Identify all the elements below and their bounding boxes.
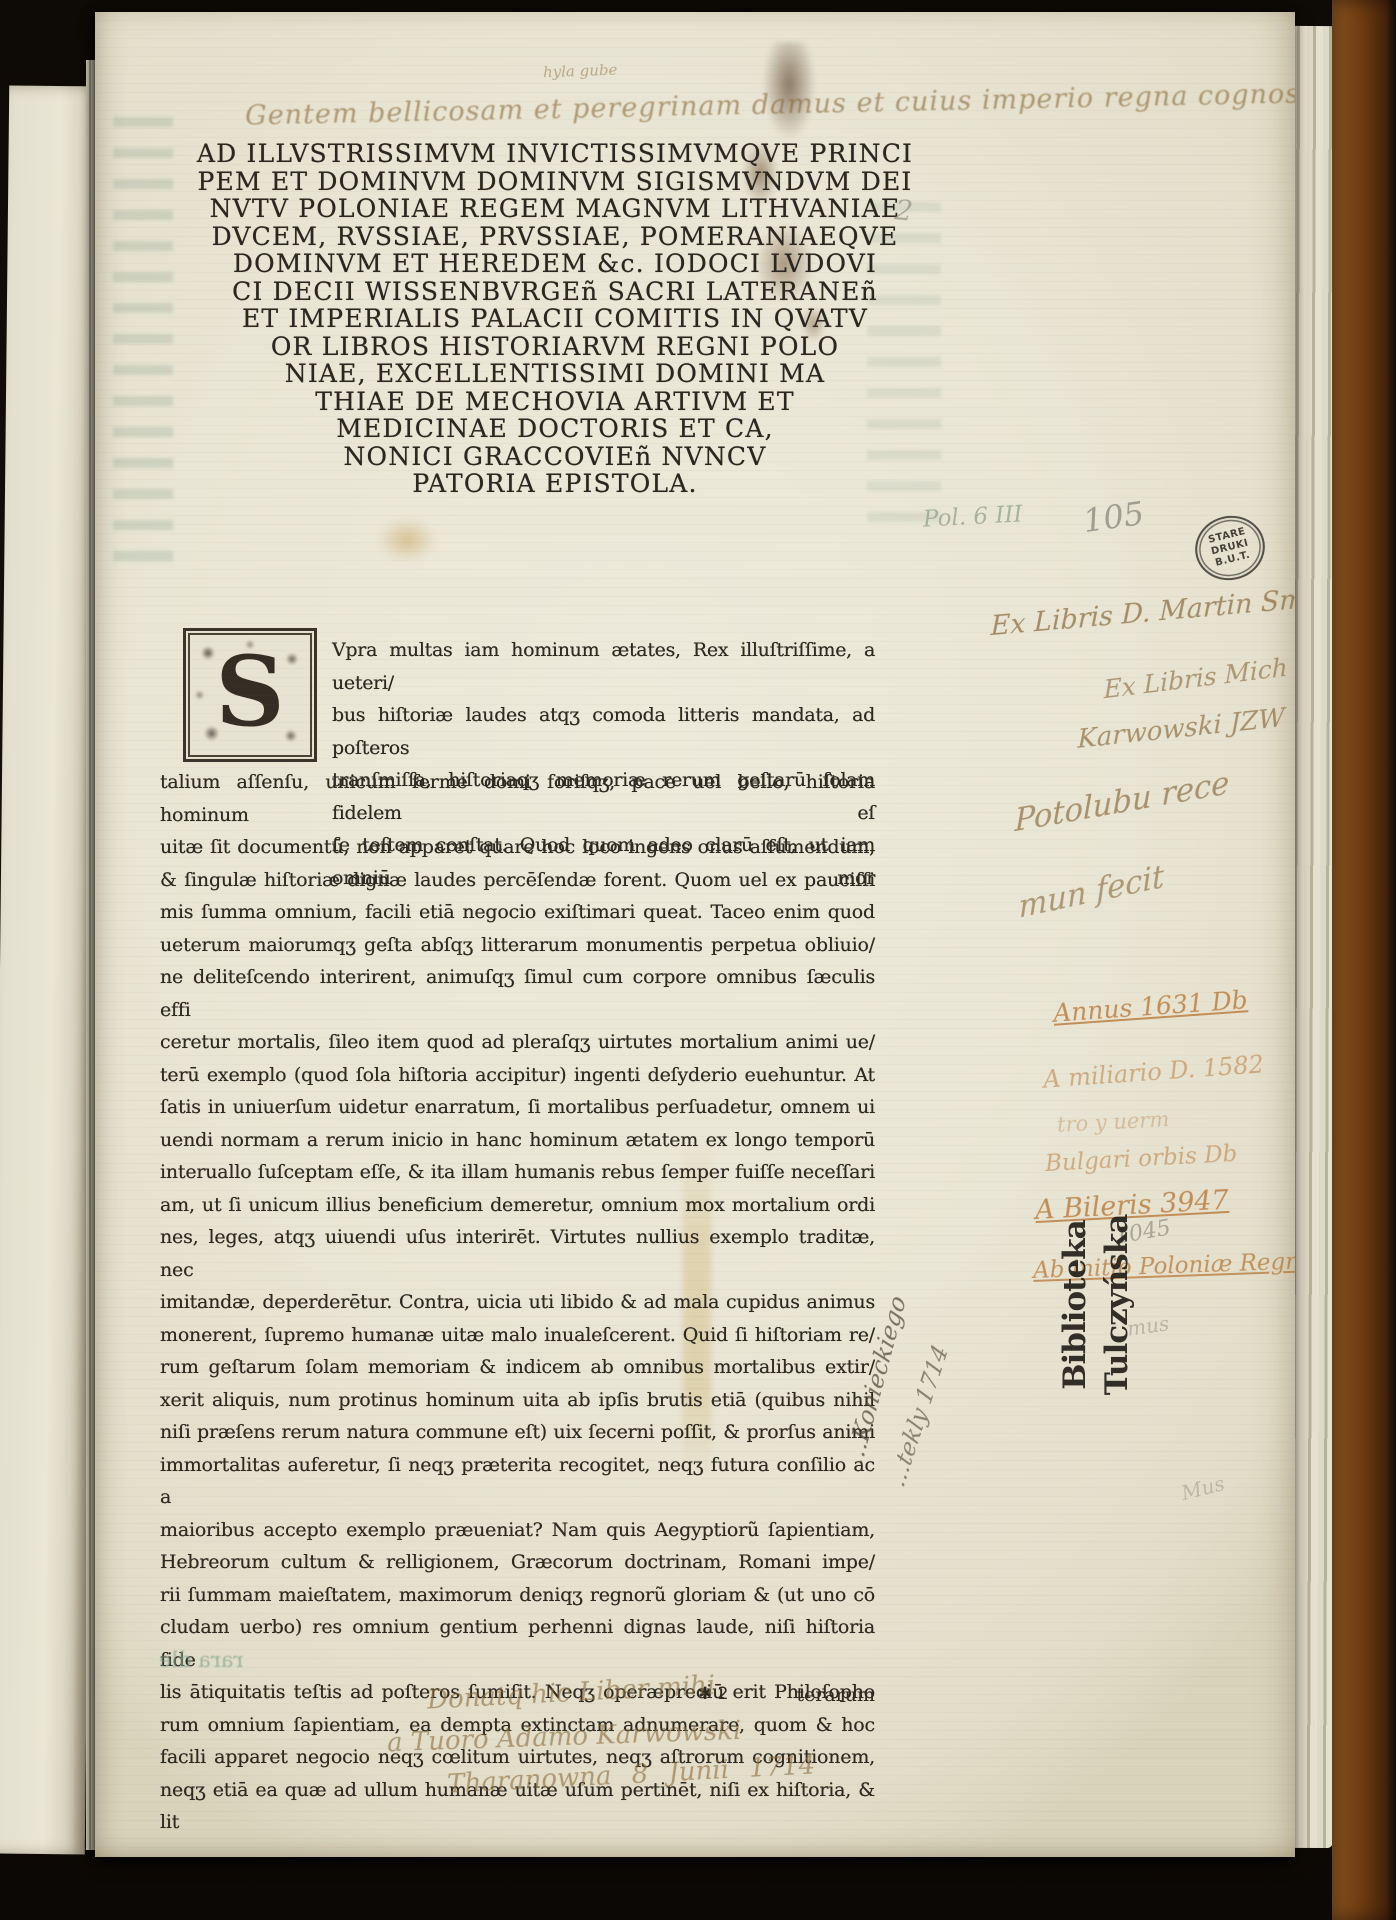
heading-line: ET IMPERIALIS PALACII COMITIS IN QVATV [150, 305, 960, 333]
body-line: talium aſſenſu, unicum ferme domi foriſq… [160, 766, 875, 831]
pencil-numeral: 2 [893, 193, 914, 228]
body-line: ceretur mortalis, ſileo item quod ad ple… [160, 1026, 875, 1059]
woodcut-initial: S [183, 628, 317, 762]
pencil-number-105: 105 [1081, 494, 1147, 540]
heading-line: NIAE, EXCELLENTISSIMI DOMINI MA [150, 360, 960, 388]
body-line: terū exemplo (quod ſola hiſtoria accipit… [160, 1059, 875, 1092]
catchword: terarum [796, 1684, 875, 1706]
body-line: am, ut ſi unicum illius beneficium demer… [160, 1189, 875, 1222]
heading-line: MEDICINAE DOCTORIS ET CA, [150, 415, 960, 443]
pencil-note-mus-2: Mus [1179, 1471, 1227, 1505]
heading-line: NVTV POLONIAE REGEM MAGNVM LITHVANIAE [150, 195, 960, 223]
book-photo-scene: hyla gube Gentem bellicosam et peregrina… [0, 0, 1396, 1920]
red-ink-note-2: A miliario D. 1582 [1042, 1050, 1264, 1093]
body-line: immortalitas auferetur, ſi neqʒ præterit… [160, 1449, 875, 1514]
library-stamp-line: Biblioteka [1054, 1209, 1096, 1401]
body-line: bus hiſtoriæ laudes atqʒ comoda litteris… [332, 699, 875, 764]
red-ink-note-4: Bulgari orbis Db [1044, 1141, 1237, 1177]
body-line: uendi normam a rerum inicio in hanc homi… [160, 1124, 875, 1157]
red-ink-note-annus: Annus 1631 Db [1052, 985, 1248, 1028]
body-line: interuallo ſuſceptam eſſe, & ita illam h… [160, 1156, 875, 1189]
body-line: Hebreorum cultum & relligionem, Græcorum… [160, 1546, 875, 1579]
library-stamp-line: Tulczyńska [1096, 1209, 1138, 1401]
vertical-cursive-inscription-2: …tekly 1714 [885, 1341, 954, 1491]
body-line: niſi præſens rerum natura commune eſt) u… [160, 1416, 875, 1449]
pencil-shelfmark: Pol. 6 III [922, 501, 1023, 532]
body-line: & ſingulæ hiſtoriæ dignæ laudes percēſen… [160, 864, 875, 897]
body-line: Vpra multas iam hominum ætates, Rex illu… [332, 634, 875, 699]
body-line: cludam uerbo) res omnium gentium perhenn… [160, 1611, 875, 1676]
printed-page: hyla gube Gentem bellicosam et peregrina… [95, 12, 1295, 1857]
margin-cursive-1: Potolubu rece [1015, 765, 1230, 839]
paper-stain [377, 517, 437, 563]
body-line: mis ſumma omnium, facili etiā negocio ex… [160, 896, 875, 929]
library-ownership-stamp: BibliotekaTulczyńska [1054, 1209, 1144, 1401]
heading-line: PEM ET DOMINVM DOMINVM SIGISMVNDVM DEI [150, 168, 960, 196]
heading-line: DOMINVM ET HEREDEM &c. IODOCI LVDOVI [150, 250, 960, 278]
body-line: ueterum maiorumqʒ geſta abſqʒ litterarum… [160, 929, 875, 962]
initial-letter: S [215, 635, 284, 748]
heading-line: PATORIA EPISTOLA. [150, 470, 960, 498]
heading-line: OR LIBROS HISTORIARVM REGNI POLO [150, 333, 960, 361]
top-margin-fragment: hyla gube [543, 61, 618, 82]
body-line: rum geſtarum ſolam memoriam & indicem ab… [160, 1351, 875, 1384]
body-line: xerit aliquis, num protinus hominum uita… [160, 1384, 875, 1417]
ex-libris-note-2: Ex Libris Mich [1103, 653, 1287, 705]
body-text: talium aſſenſu, unicum ferme domi foriſq… [160, 766, 875, 1839]
heading-line: AD ILLVSTRISSIMVM INVICTISSIMVMQVE PRINC… [150, 140, 960, 168]
body-line: rii ſummam maieſtatem, maximorum deniqʒ … [160, 1579, 875, 1612]
body-line: imitandæ, deperderētur. Contra, uicia ut… [160, 1286, 875, 1319]
leather-binding [1332, 0, 1396, 1920]
body-line: uitæ ſit documentū, non apparet quare ho… [160, 831, 875, 864]
old-prints-round-stamp: STAREDRUKIB.U.T. [1188, 508, 1271, 587]
dedication-heading: AD ILLVSTRISSIMVM INVICTISSIMVMQVE PRINC… [150, 140, 960, 498]
body-line: maioribus accepto exemplo præueniat? Nam… [160, 1514, 875, 1547]
heading-line: CI DECII WISSENBVRGEñ SACRI LATERANEñ [150, 278, 960, 306]
body-line: ſatis in uniuerſum uidetur enarratum, ſi… [160, 1091, 875, 1124]
body-line: ne deliteſcendo interirent, animuſqʒ ſim… [160, 961, 875, 1026]
heading-line: NONICI GRACCOVIEñ NVNCV [150, 443, 960, 471]
heading-line: THIAE DE MECHOVIA ARTIVM ET [150, 388, 960, 416]
ex-libris-note-3: Karwowski JZW [1078, 703, 1285, 755]
heading-line: DVCEM, RVSSIAE, PRVSSIAE, POMERANIAEQVE [150, 223, 960, 251]
ex-libris-note-1: Ex Libris D. Martin Smile [990, 581, 1295, 643]
mirrored-show-through-text: rara dle [159, 1648, 243, 1672]
top-margin-inscription: Gentem bellicosam et peregrinam damus et… [245, 75, 1295, 131]
red-ink-note-3: tro y uerm [1056, 1107, 1169, 1137]
body-line: nes, leges, atqʒ uiuendi uſus interirēt.… [160, 1221, 875, 1286]
body-line: monerent, ſupremo humanæ uitæ malo inual… [160, 1319, 875, 1352]
margin-cursive-2: mun fecit [1018, 858, 1165, 925]
